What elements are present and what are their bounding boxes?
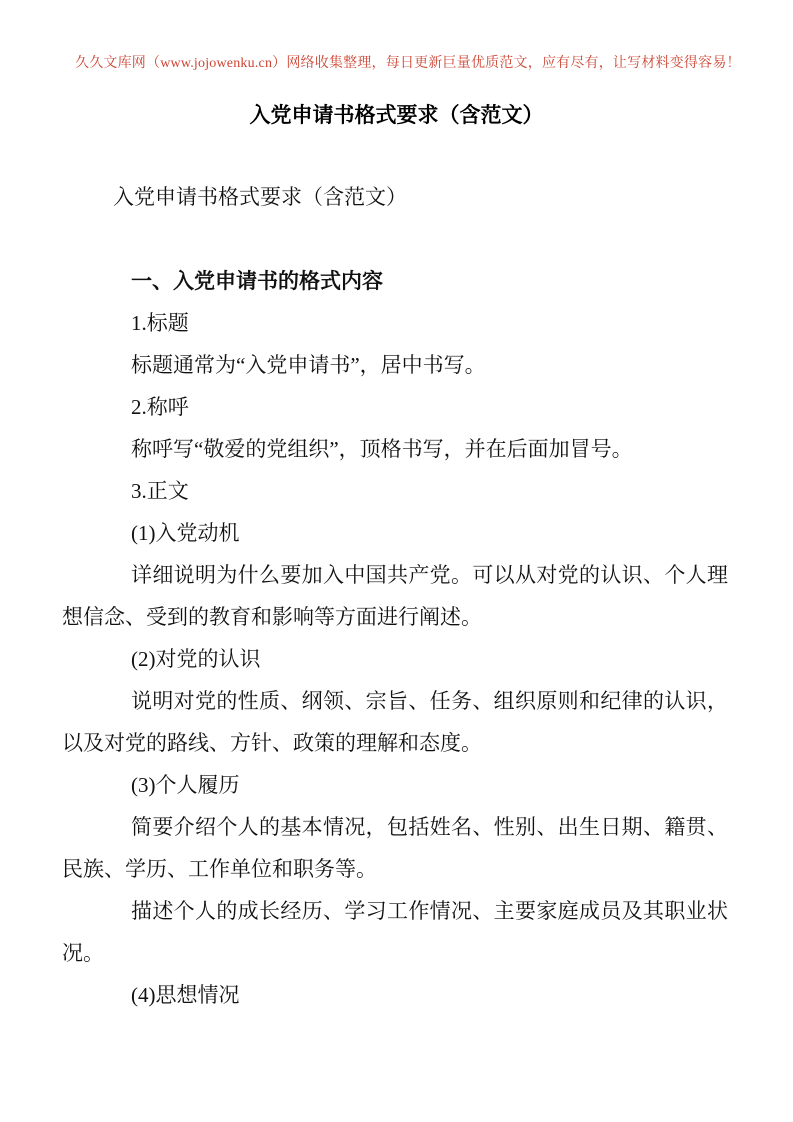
watermark-header: 久久文库网（www.jojowenku.cn）网络收集整理，每日更新巨量优质范文…: [75, 52, 735, 76]
paragraph-sub-item: (1)入党动机: [62, 512, 728, 554]
paragraph: 标题通常为“入党申请书”，居中书写。: [62, 344, 728, 386]
section-heading: 一、入党申请书的格式内容: [62, 260, 728, 302]
paragraph-item-number: 2.称呼: [62, 386, 728, 428]
paragraph: 描述个人的成长经历、学习工作情况、主要家庭成员及其职业状况。: [62, 890, 728, 974]
subtitle-line: 入党申请书格式要求（含范文）: [62, 176, 728, 218]
paragraph-sub-item: (3)个人履历: [62, 764, 728, 806]
document-title: 入党申请书格式要求（含范文）: [0, 100, 793, 130]
paragraph: 详细说明为什么要加入中国共产党。可以从对党的认识、个人理想信念、受到的教育和影响…: [62, 554, 728, 638]
paragraph-sub-item: (4)思想情况: [62, 974, 728, 1016]
paragraph-item-number: 1.标题: [62, 302, 728, 344]
paragraph-item-number: 3.正文: [62, 470, 728, 512]
paragraph: 说明对党的性质、纲领、宗旨、任务、组织原则和纪律的认识，以及对党的路线、方针、政…: [62, 680, 728, 764]
paragraph: 简要介绍个人的基本情况，包括姓名、性别、出生日期、籍贯、民族、学历、工作单位和职…: [62, 806, 728, 890]
document-page: 久久文库网（www.jojowenku.cn）网络收集整理，每日更新巨量优质范文…: [0, 0, 793, 1122]
paragraph-sub-item: (2)对党的认识: [62, 638, 728, 680]
paragraph: 称呼写“敬爱的党组织”，顶格书写，并在后面加冒号。: [62, 428, 728, 470]
document-body: 入党申请书格式要求（含范文） 一、入党申请书的格式内容 1.标题 标题通常为“入…: [62, 176, 728, 1016]
